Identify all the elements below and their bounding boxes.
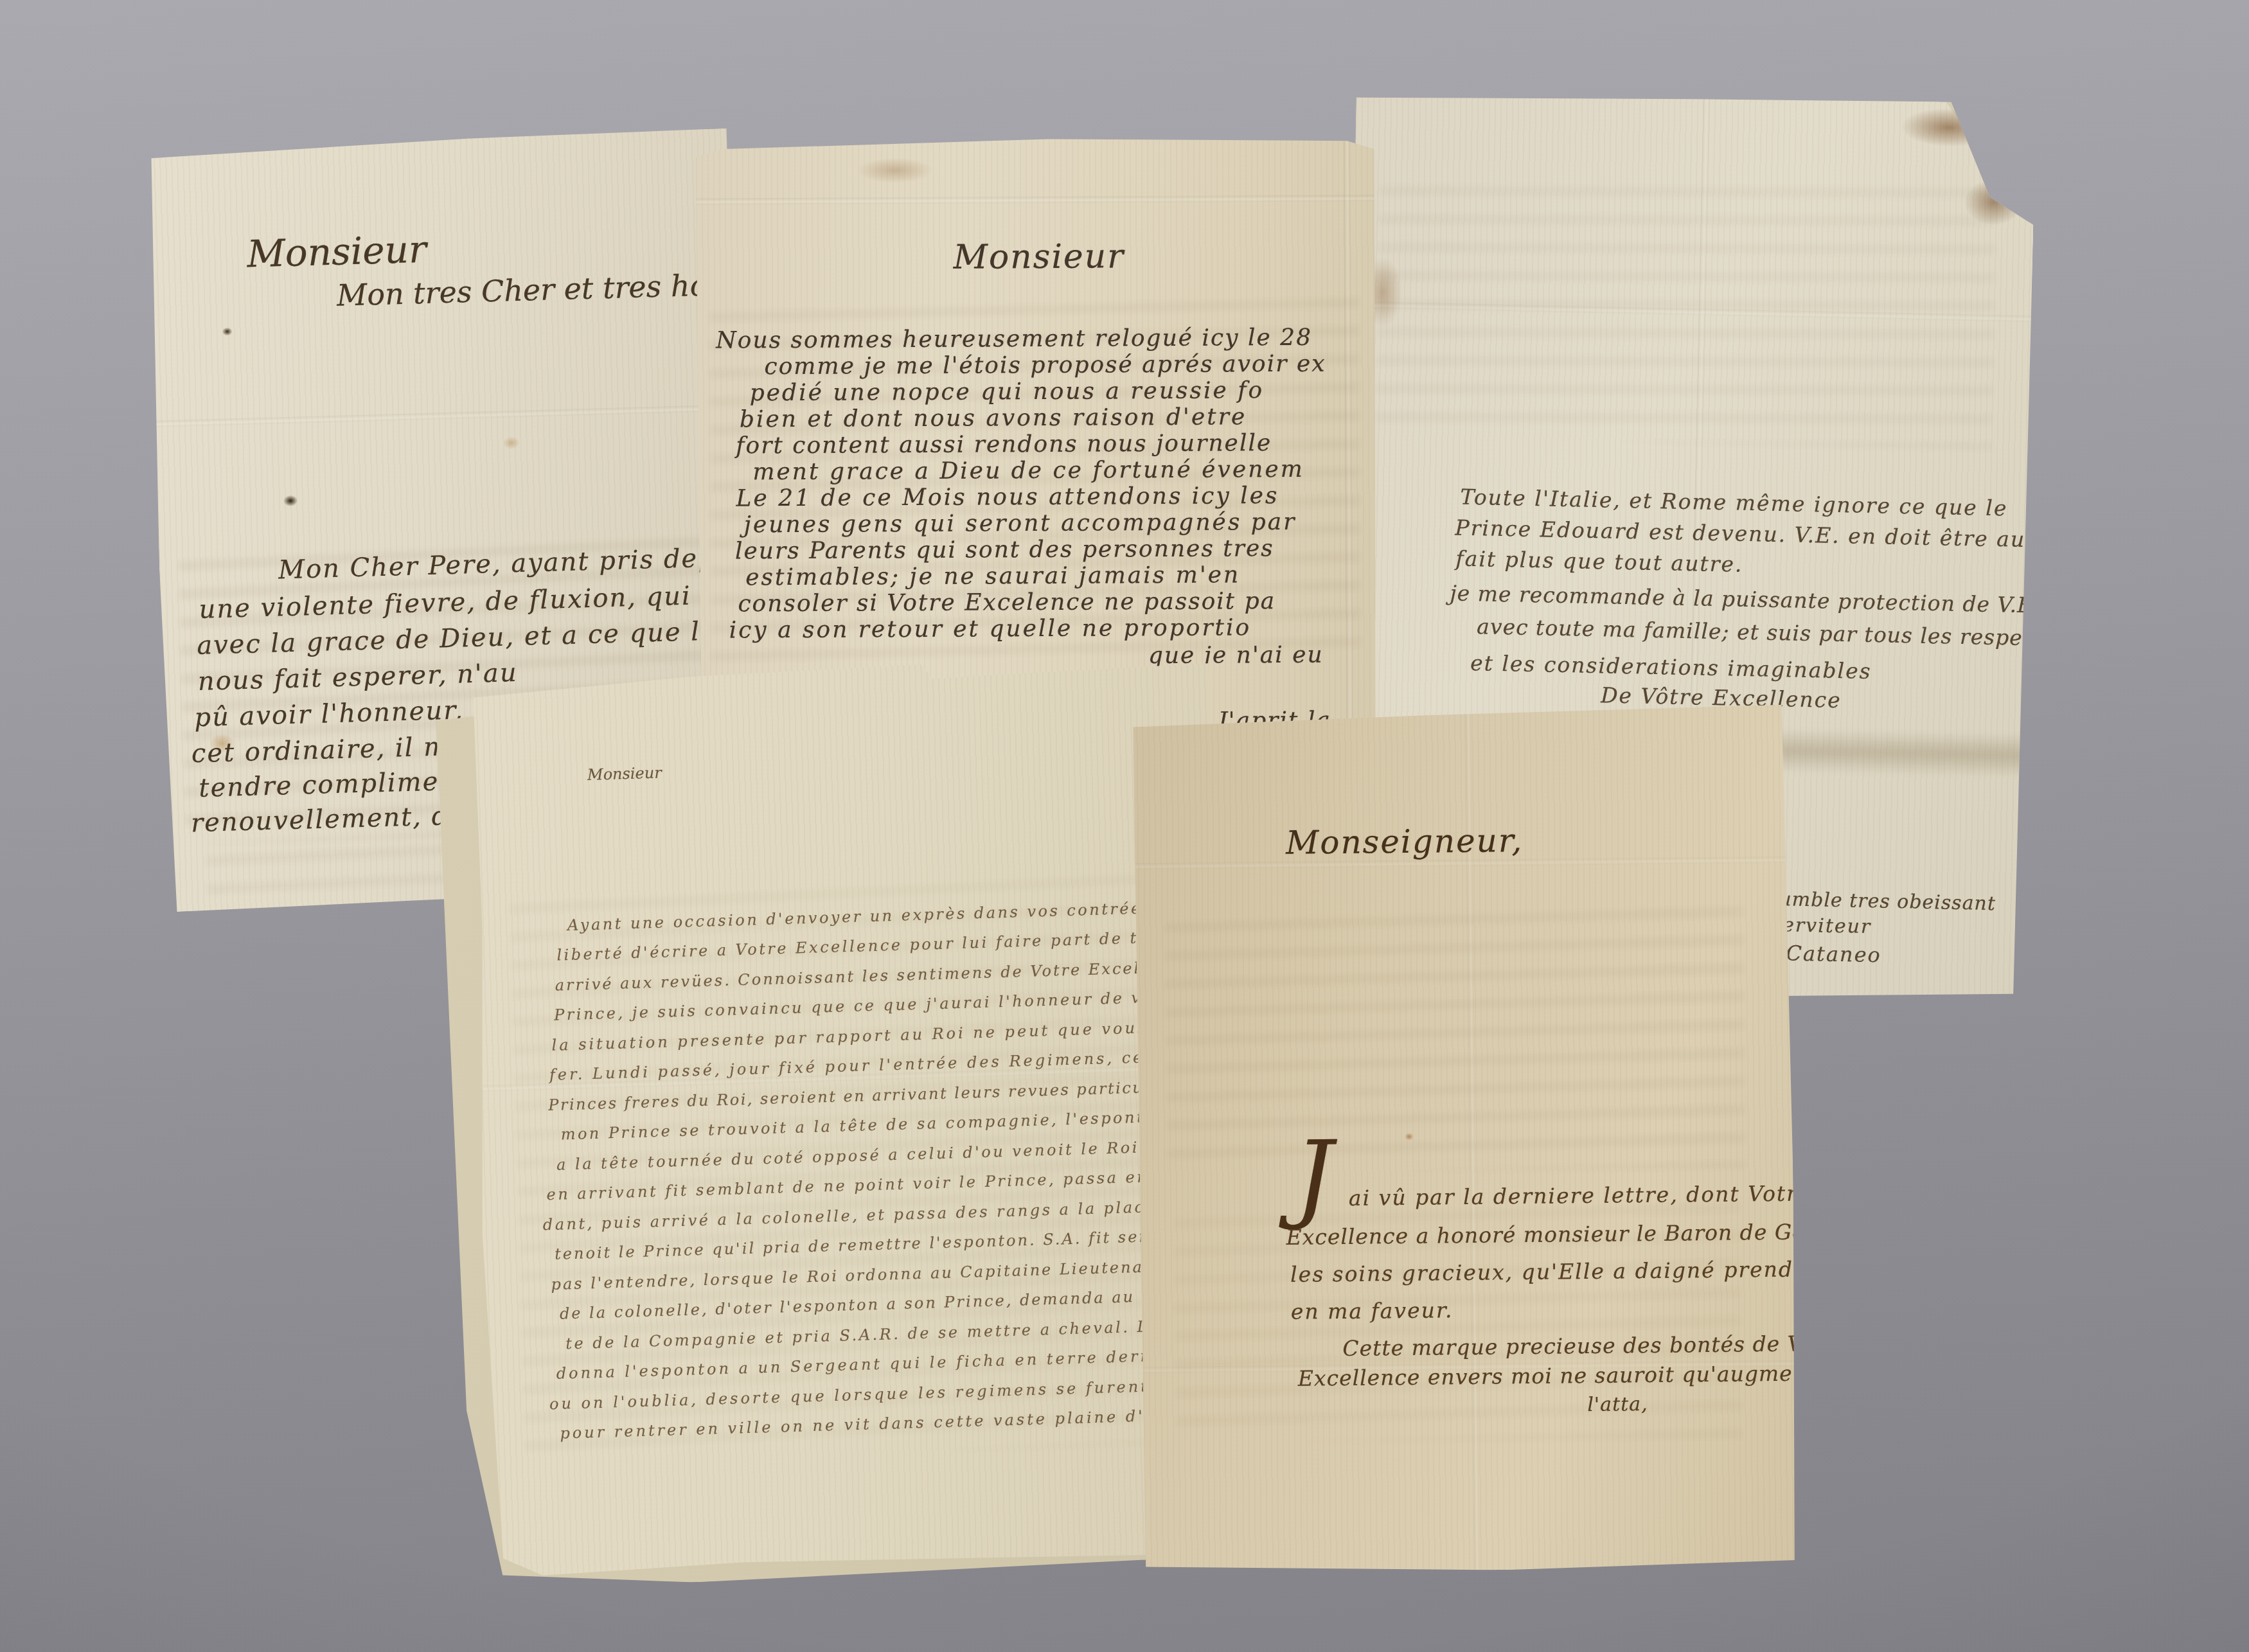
text-line: Cette marque precieuse des bontés de Vot… (1342, 1333, 1797, 1359)
stain (857, 157, 934, 184)
stain (1900, 107, 1997, 148)
text-line: fer. Lundi passé, jour fixé pour l'entré… (549, 1049, 1169, 1083)
text-line: pour rentrer en ville on ne vit dans cet… (560, 1407, 1200, 1441)
text-line: et les considerations imaginables (1470, 652, 1872, 682)
text-line: nous fait esperer, n'au (197, 660, 518, 695)
text-line: leurs Parents qui sont des personnes tre… (735, 537, 1274, 563)
salutation: Monseigneur, (1286, 824, 1524, 859)
drop-cap-initial: J (1294, 1128, 1334, 1225)
letter-bottom-left: Monsieur Ayant une occasion d'envoyer un… (463, 652, 1240, 1579)
text-line: fait plus que tout autre. (1455, 547, 1743, 574)
text-line: Nous sommes heureusement relogué icy le … (716, 326, 1312, 353)
salutation: Mon tres Cher et tres honnoré Co (337, 267, 751, 310)
text-line: comme je me l'étois proposé aprés avoir … (764, 353, 1326, 379)
letter-bottom-right: Monseigneur, J ai vû par la derniere let… (1130, 705, 1797, 1574)
text-line: Toute l'Italie, et Rome même ignore ce q… (1460, 486, 2008, 519)
stain (1405, 1133, 1414, 1141)
text-line: Princes freres du Roi, seroient en arriv… (548, 1078, 1197, 1113)
text-line: ment grace a Dieu de ce fortuné évenem (752, 458, 1304, 484)
text-line: Excellence envers moi ne sauroit qu'augm… (1298, 1362, 1797, 1389)
text-line: les soins gracieux, qu'Elle a daigné pre… (1290, 1258, 1797, 1285)
text-line: Mon Cher Pere, ayant pris depuis (278, 544, 751, 583)
text-line: fort content aussi rendons nous journell… (736, 432, 1272, 457)
text-line: Ayant une occasion d'envoyer un exprès d… (567, 898, 1226, 933)
text-line: icy a son retour et quelle ne proportio (729, 616, 1252, 642)
stain (1964, 179, 2023, 226)
text-line: consoler si Votre Excelence ne passoit p… (738, 590, 1276, 616)
text-line: dant, puis arrivé a la colonelle, et pas… (542, 1199, 1157, 1232)
text-line: une violente fievre, de fluxion, qui ce (199, 582, 733, 623)
text-line: estimables; je ne saurai jamais m'en (745, 564, 1240, 589)
stain (222, 327, 232, 335)
salutation: Monsieur (587, 765, 662, 783)
text-line: donna l'esponton a un Sergeant qui le fi… (556, 1347, 1191, 1381)
text-line: Excellence a honoré monsieur le Baron de… (1286, 1221, 1797, 1248)
text-line: te de la Compagnie et pria S.A.R. de se … (565, 1317, 1206, 1352)
text-line: la situation presente par rapport au Roi… (551, 1020, 1148, 1053)
salutation: Monsieur (953, 240, 1124, 274)
text-line: avec toute ma famille; et suis par tous … (1477, 616, 2036, 649)
corner-fold (1943, 102, 2036, 229)
text-line: Prince Edouard est devenu. V.E. en doit … (1455, 517, 2025, 550)
text-line: ou on l'oublia, desorte que lorsque les … (549, 1377, 1193, 1412)
text-line: mon Prince se trouvoit a la tête de sa c… (560, 1108, 1169, 1142)
text-line: Prince, je suis convaincu que ce que j'a… (554, 989, 1177, 1023)
text-line: bien et dont nous avons raison d'etre (740, 405, 1247, 431)
salutation: Monsieur (247, 231, 427, 273)
text-line: en arrivant fit semblant de ne point voi… (546, 1168, 1198, 1202)
text-line: pas l'entendre, lorsque le Roi ordonna a… (551, 1257, 1194, 1292)
text-line-fragment: que je n'ai eu (1148, 644, 1324, 668)
fold-crease (155, 404, 736, 427)
text-line: Le 21 de ce Mois nous attendons icy les (736, 484, 1279, 510)
text-line: pû avoir l'honneur, (194, 697, 464, 731)
text-line: ai vû par la derniere lettre, dont Votre (1349, 1182, 1797, 1209)
text-line: liberté d'écrire a Votre Excellence pour… (556, 928, 1220, 963)
text-line: avec la grace de Dieu, et a ce que le e (197, 617, 743, 659)
photo-backdrop: Monsieur Mon tres Cher et tres honnoré C… (0, 0, 2249, 1652)
text-line: a la tête tournée du coté opposé a celui… (556, 1139, 1147, 1172)
ink-bleed-through (1164, 898, 1745, 1173)
fold-crease (1352, 301, 2032, 322)
text-line: tenoit le Prince qu'il pria de remettre … (555, 1227, 1197, 1262)
catchword: l'atta, (1587, 1395, 1648, 1415)
text-line: jeunes gens qui seront accompagnés par (744, 511, 1297, 537)
text-line: je me recommande à la puissante protecti… (1450, 582, 2036, 616)
text-line: en ma faveur. (1291, 1299, 1453, 1322)
text-line: arrivé aux revües. Connoissant les senti… (555, 958, 1222, 993)
text-line: de la colonelle, d'oter l'esponton a son… (560, 1287, 1205, 1322)
stain (502, 436, 520, 450)
fold-crease (696, 195, 1374, 205)
text-line: pedié une nopce qui nous a reussie fo (750, 379, 1265, 405)
stain (283, 495, 298, 507)
ink-bleed-through (1374, 167, 1997, 450)
